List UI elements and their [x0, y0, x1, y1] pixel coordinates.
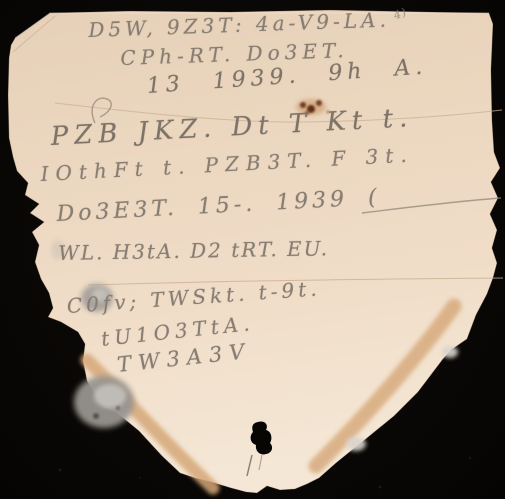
handwriting-line-7: WL. H3tA. D2 tRT. EU. [58, 236, 329, 265]
torn-fuzz-bottom-left [74, 376, 134, 428]
torn-fuzz-right-lower [346, 437, 366, 451]
photo-stage: D5W, 9Z3T: 4a-V9-LA. CPh-RT. Do3ET. 13 1… [0, 0, 505, 499]
torn-fuzz-right-upper [442, 346, 458, 358]
